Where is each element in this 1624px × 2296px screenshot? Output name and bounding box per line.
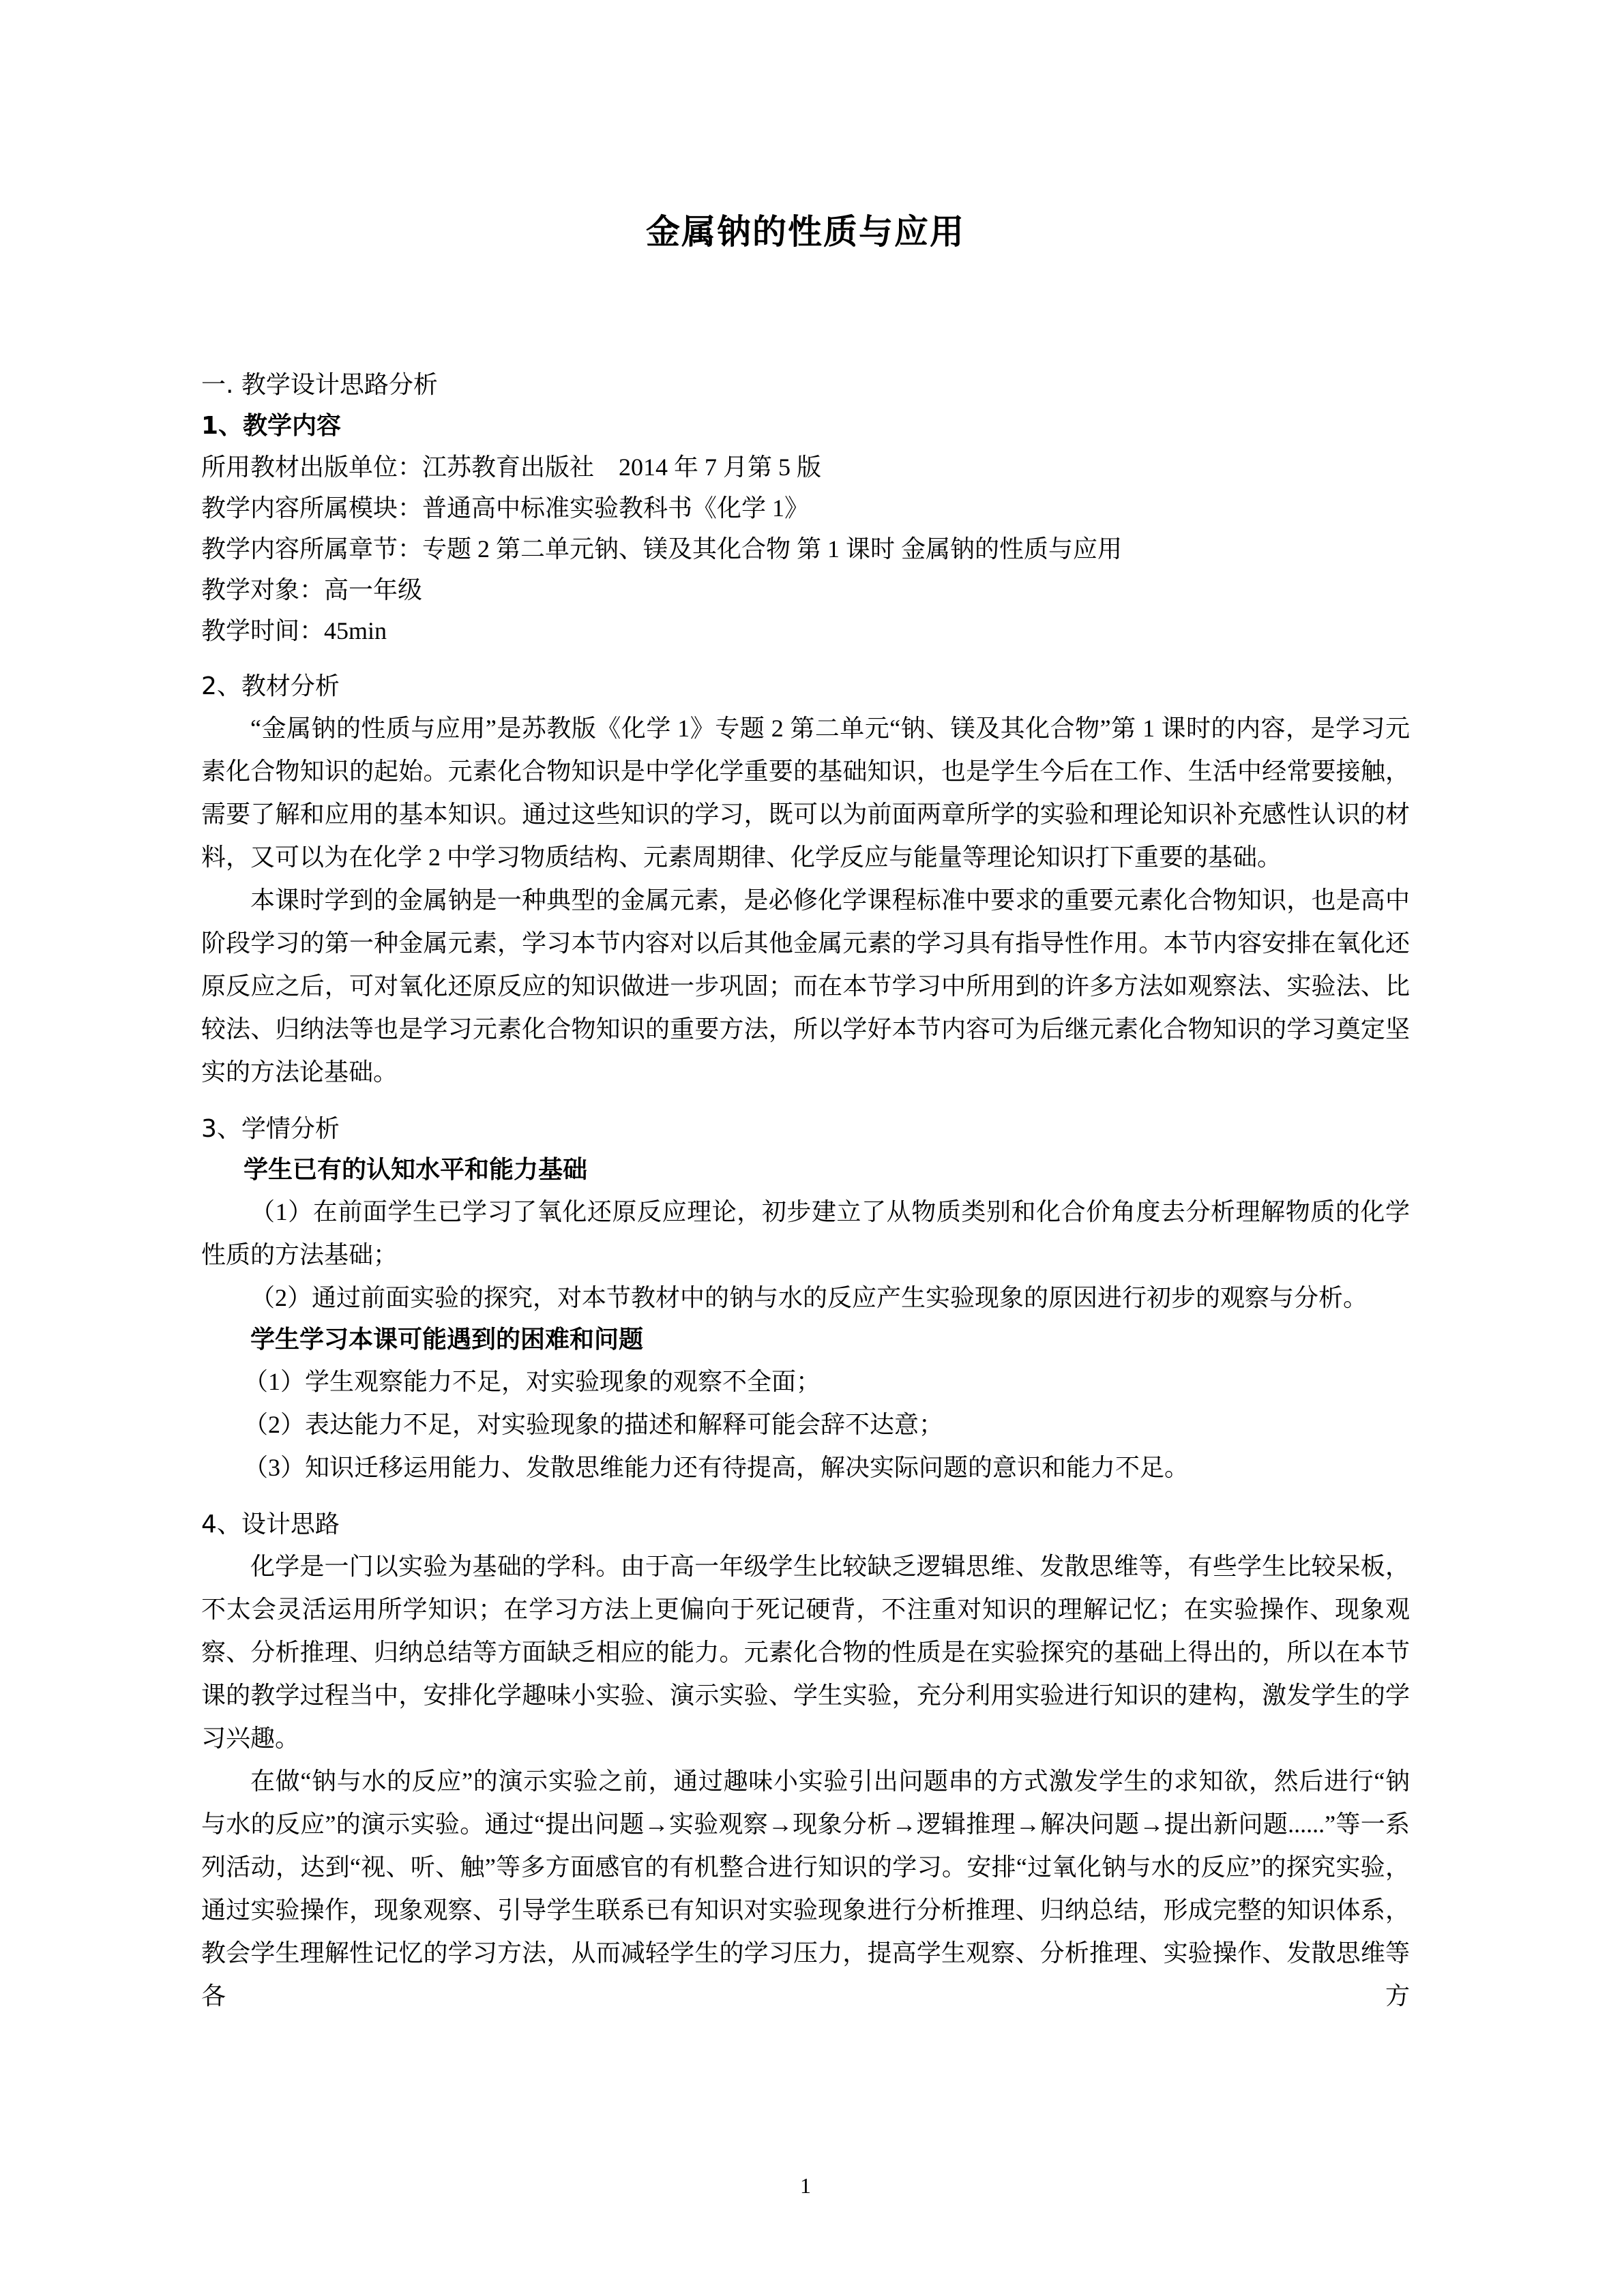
paragraph-design-idea-2: 在做“钠与水的反应”的演示实验之前，通过趣味小实验引出问题串的方式激发学生的求知… <box>201 1760 1410 2018</box>
list-item-difficulty-3: （3）知识迁移运用能力、发散思维能力还有待提高，解决实际问题的意识和能力不足。 <box>201 1446 1410 1489</box>
info-line-module: 教学内容所属模块：普通高中标准实验教科书《化学 1》 <box>201 488 1410 528</box>
paragraph-textbook-analysis-1: “金属钠的性质与应用”是苏教版《化学 1》专题 2 第二单元“钠、镁及其化合物”… <box>201 707 1410 879</box>
subsection-heading-teaching-content: 1、教学内容 <box>201 406 1410 447</box>
page-number: 1 <box>201 2172 1410 2199</box>
subsection-heading-textbook-analysis: 2、教材分析 <box>201 666 1410 707</box>
document-title: 金属钠的性质与应用 <box>201 205 1410 259</box>
section-heading-teaching-design: 一. 教学设计思路分析 <box>201 365 1410 406</box>
info-line-duration: 教学时间：45min <box>201 610 1410 651</box>
list-item-existing-ability-1: （1）在前面学生已学习了氧化还原反应理论，初步建立了从物质类别和化合价角度去分析… <box>201 1191 1410 1277</box>
info-line-publisher: 所用教材出版单位：江苏教育出版社 2014 年 7 月第 5 版 <box>201 447 1410 488</box>
list-item-difficulty-2: （2）表达能力不足，对实验现象的描述和解释可能会辞不达意； <box>201 1403 1410 1446</box>
paragraph-textbook-analysis-2: 本课时学到的金属钠是一种典型的金属元素，是必修化学课程标准中要求的重要元素化合物… <box>201 879 1410 1094</box>
group-heading-difficulties: 学生学习本课可能遇到的困难和问题 <box>201 1320 1410 1360</box>
list-item-existing-ability-2: （2）通过前面实验的探究，对本节教材中的钠与水的反应产生实验现象的原因进行初步的… <box>201 1277 1410 1320</box>
subsection-heading-student-analysis: 3、学情分析 <box>201 1109 1410 1150</box>
paragraph-design-idea-1: 化学是一门以实验为基础的学科。由于高一年级学生比较缺乏逻辑思维、发散思维等，有些… <box>201 1545 1410 1760</box>
group-heading-existing-ability: 学生已有的认知水平和能力基础 <box>201 1150 1410 1191</box>
info-line-chapter: 教学内容所属章节：专题 2 第二单元钠、镁及其化合物 第 1 课时 金属钠的性质… <box>201 528 1410 569</box>
subsection-heading-design-idea: 4、设计思路 <box>201 1504 1410 1545</box>
document-body: 一. 教学设计思路分析 1、教学内容 所用教材出版单位：江苏教育出版社 2014… <box>201 365 1410 2018</box>
info-line-audience: 教学对象：高一年级 <box>201 569 1410 610</box>
list-item-difficulty-1: （1）学生观察能力不足，对实验现象的观察不全面； <box>201 1360 1410 1403</box>
